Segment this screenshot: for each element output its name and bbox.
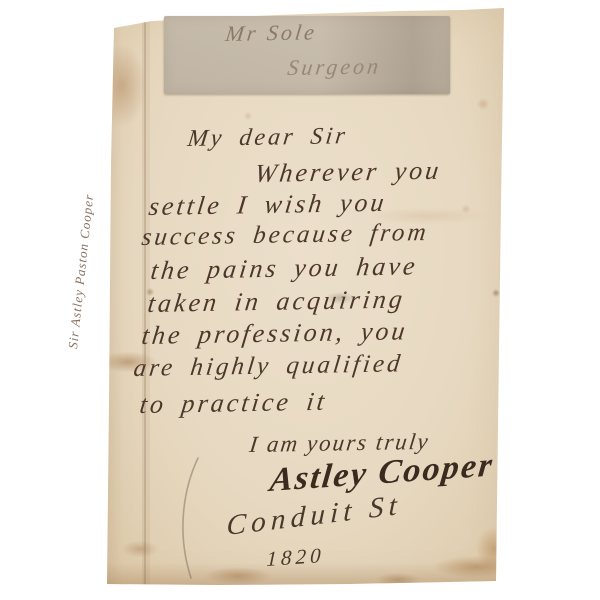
marginalia-note: Sir Astley Paston Cooper bbox=[65, 139, 117, 351]
letter-line-7: are highly qualified bbox=[132, 350, 404, 383]
recipient-title: Surgeon bbox=[286, 53, 383, 81]
photo-background: Mr Sole Surgeon Sir Astley Paston Cooper… bbox=[0, 0, 600, 600]
letter-line-3: success because from bbox=[140, 219, 430, 252]
letter-line-5: taken in acquiring bbox=[146, 285, 407, 319]
letter-line-6: the profession, you bbox=[140, 316, 409, 351]
letter-line-4: the pains you have bbox=[149, 251, 420, 286]
pencil-stroke bbox=[178, 452, 208, 584]
letter-line-8: to practice it bbox=[138, 387, 329, 420]
recipient-name: Mr Sole bbox=[224, 19, 319, 47]
salutation: My dear Sir bbox=[186, 123, 349, 153]
year: 1820 bbox=[266, 543, 325, 572]
letter-line-2: settle I wish you bbox=[147, 188, 389, 222]
letter-line-1: Wherever you bbox=[253, 156, 443, 189]
